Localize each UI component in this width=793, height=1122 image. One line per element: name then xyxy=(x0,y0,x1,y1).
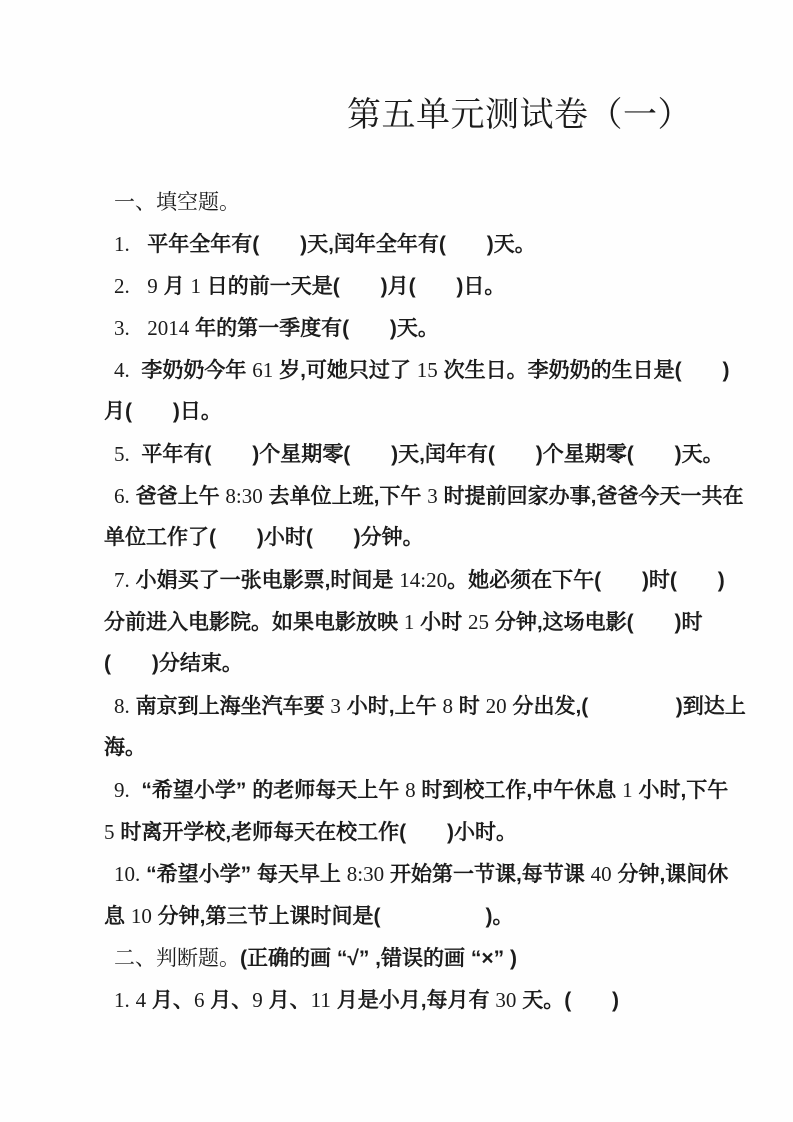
text-segment: 息 10 分钟,第三节上课时间是( )。 xyxy=(104,905,514,928)
question-3: 3. 2014 年的第一季度有( )天。 xyxy=(0,307,793,349)
numeral: 3. xyxy=(114,316,130,340)
text-segment: 海。 xyxy=(104,736,146,759)
section-1-heading: 一、填空题。 xyxy=(0,181,793,223)
numeral: 1. xyxy=(114,232,130,256)
text-segment: 3. 2014 年的第一季度有( )天。 xyxy=(114,317,439,340)
document-body: 一、填空题。1. 平年全年有( )天,闰年全年有( )天。2. 9 月 1 日的… xyxy=(0,181,793,1021)
text-segment: 1. 4 月、6 月、9 月、11 月是小月,每月有 30 天。( ) xyxy=(114,989,619,1012)
numeral: 7. xyxy=(114,568,130,592)
question-7-line-2: 分前进入电影院。如果电影放映 1 小时 25 分钟,这场电影( )时 xyxy=(0,601,793,643)
numeral: 8 xyxy=(405,778,416,802)
text-segment: 7. 小娟买了一张电影票,时间是 14:20。她必须在下午( )时( ) xyxy=(114,569,725,592)
numeral: 8 xyxy=(442,694,453,718)
numeral: 3 xyxy=(330,694,341,718)
numeral: 10 xyxy=(131,904,152,928)
numeral: 5. xyxy=(114,442,130,466)
numeral: 8. xyxy=(114,694,130,718)
text-segment: 月( )日。 xyxy=(104,400,222,423)
text-segment: 分前进入电影院。如果电影放映 1 小时 25 分钟,这场电影( )时 xyxy=(104,611,703,634)
numeral: 4 xyxy=(136,988,147,1012)
text-segment: 10. “希望小学” 每天早上 8:30 开始第一节课,每节课 40 分钟,课间… xyxy=(114,863,728,886)
question-9-line-2: 5 时离开学校,老师每天在校工作( )小时。 xyxy=(0,811,793,853)
numeral: 40 xyxy=(591,862,612,886)
text-segment: 5 时离开学校,老师每天在校工作( )小时。 xyxy=(104,821,517,844)
text-segment: ( )分结束。 xyxy=(104,652,243,675)
numeral: 2014 xyxy=(147,316,189,340)
text-segment: 4. 李奶奶今年 61 岁,可她只过了 15 次生日。李奶奶的生日是( ) xyxy=(114,359,729,382)
question-6-line-2: 单位工作了( )小时( )分钟。 xyxy=(0,517,793,559)
numeral: 2. xyxy=(114,274,130,298)
text-segment: 8. 南京到上海坐汽车要 3 小时,上午 8 时 20 分出发,( )到达上 xyxy=(114,695,746,718)
text-segment: 6. 爸爸上午 8:30 去单位上班,下午 3 时提前回家办事,爸爸今天一共在 xyxy=(114,485,743,508)
numeral: 3 xyxy=(427,484,438,508)
numeral: 14:20 xyxy=(399,568,447,592)
section-2-question-1: 1. 4 月、6 月、9 月、11 月是小月,每月有 30 天。( ) xyxy=(0,979,793,1021)
text-segment: (正确的画 “√” ,错误的画 “×” ) xyxy=(240,947,517,970)
numeral: 4. xyxy=(114,358,130,382)
numeral: 5 xyxy=(104,820,115,844)
question-9-line-1: 9. “希望小学” 的老师每天上午 8 时到校工作,中午休息 1 小时,下午 xyxy=(0,769,793,811)
question-10-line-2: 息 10 分钟,第三节上课时间是( )。 xyxy=(0,895,793,937)
numeral: 1 xyxy=(404,610,415,634)
text-segment: 单位工作了( )小时( )分钟。 xyxy=(104,526,424,549)
numeral: 1 xyxy=(622,778,633,802)
question-4-line-1: 4. 李奶奶今年 61 岁,可她只过了 15 次生日。李奶奶的生日是( ) xyxy=(0,349,793,391)
text-segment: 二、判断题。 xyxy=(114,946,240,970)
text-segment: 2. 9 月 1 日的前一天是( )月( )日。 xyxy=(114,275,505,298)
document-title: 第五单元测试卷（一） xyxy=(347,97,692,135)
numeral: 9. xyxy=(114,778,130,802)
text-segment: 9. “希望小学” 的老师每天上午 8 时到校工作,中午休息 1 小时,下午 xyxy=(114,779,728,802)
test-paper-page: 第五单元测试卷（一） 一、填空题。1. 平年全年有( )天,闰年全年有( )天。… xyxy=(0,0,793,1122)
numeral: 1 xyxy=(190,274,201,298)
numeral: 25 xyxy=(468,610,489,634)
question-7-line-1: 7. 小娟买了一张电影票,时间是 14:20。她必须在下午( )时( ) xyxy=(0,559,793,601)
question-5: 5. 平年有( )个星期零( )天,闰年有( )个星期零( )天。 xyxy=(0,433,793,475)
numeral: 8:30 xyxy=(225,484,262,508)
question-1: 1. 平年全年有( )天,闰年全年有( )天。 xyxy=(0,223,793,265)
numeral: 6 xyxy=(194,988,205,1012)
numeral: 15 xyxy=(417,358,438,382)
numeral: 1. xyxy=(114,988,130,1012)
numeral: 6. xyxy=(114,484,130,508)
text-segment: 1. 平年全年有( )天,闰年全年有( )天。 xyxy=(114,233,536,256)
question-4-line-2: 月( )日。 xyxy=(0,391,793,433)
text-segment: 5. 平年有( )个星期零( )天,闰年有( )个星期零( )天。 xyxy=(114,443,724,466)
numeral: 11 xyxy=(311,988,331,1012)
question-10-line-1: 10. “希望小学” 每天早上 8:30 开始第一节课,每节课 40 分钟,课间… xyxy=(0,853,793,895)
question-6-line-1: 6. 爸爸上午 8:30 去单位上班,下午 3 时提前回家办事,爸爸今天一共在 xyxy=(0,475,793,517)
text-segment: 一、填空题。 xyxy=(114,190,240,214)
section-2-heading: 二、判断题。(正确的画 “√” ,错误的画 “×” ) xyxy=(0,937,793,979)
question-8-line-1: 8. 南京到上海坐汽车要 3 小时,上午 8 时 20 分出发,( )到达上 xyxy=(0,685,793,727)
numeral: 20 xyxy=(486,694,507,718)
numeral: 9 xyxy=(252,988,263,1012)
question-8-line-2: 海。 xyxy=(0,727,793,769)
numeral: 8:30 xyxy=(347,862,384,886)
numeral: 10. xyxy=(114,862,140,886)
question-7-line-3: ( )分结束。 xyxy=(0,643,793,685)
question-2: 2. 9 月 1 日的前一天是( )月( )日。 xyxy=(0,265,793,307)
numeral: 30 xyxy=(495,988,516,1012)
numeral: 61 xyxy=(252,358,273,382)
numeral: 9 xyxy=(147,274,158,298)
